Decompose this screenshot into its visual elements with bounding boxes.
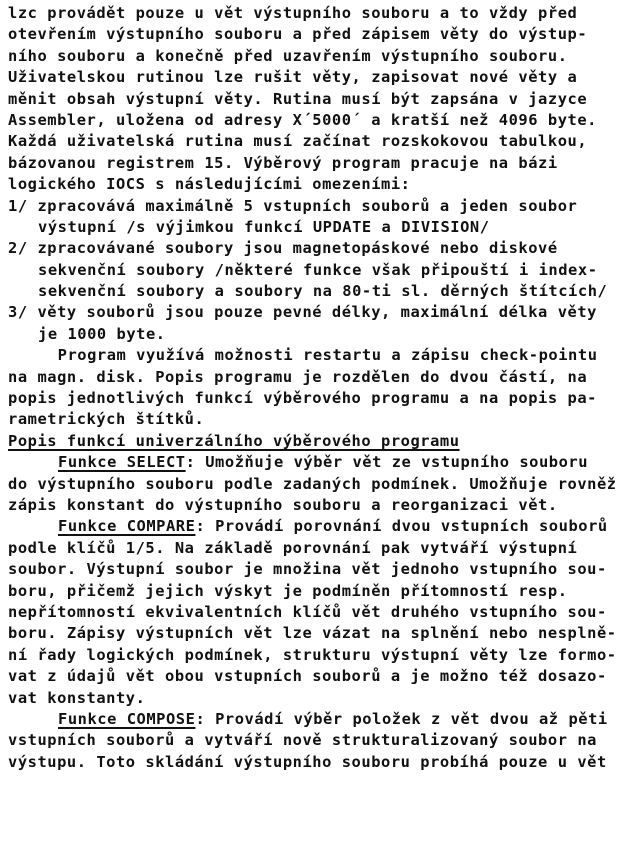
line-text: výstupu. Toto skládání výstupního soubor…	[8, 753, 607, 771]
text-line: Funkce SELECT: Umožňuje výběr vět ze vst…	[0, 452, 625, 473]
line-text: 2/ zpracovávané soubory jsou magnetopásk…	[8, 239, 558, 257]
line-text: : Umožňuje výběr vět ze vstupního soubor…	[186, 453, 588, 471]
line-text: ního souboru a konečně před uzavřením vý…	[8, 47, 568, 65]
text-line: podle klíčů 1/5. Na základě porovnání pa…	[0, 538, 625, 559]
line-text: lzc provádět pouze u vět výstupního soub…	[8, 4, 577, 22]
text-line: Každá uživatelská rutina musí začínat ro…	[0, 131, 625, 152]
line-text: podle klíčů 1/5. Na základě porovnání pa…	[8, 539, 577, 557]
line-text: : Provádí výběr položek z vět dvou až pě…	[195, 710, 607, 728]
text-line: lzc provádět pouze u vět výstupního soub…	[0, 3, 625, 24]
line-text: sekvenční soubory /některé funkce však p…	[38, 261, 598, 279]
text-line: ního souboru a konečně před uzavřením vý…	[0, 46, 625, 67]
line-text: logického IOCS s následujícími omezeními…	[8, 175, 410, 193]
line-text: měnit obsah výstupní věty. Rutina musí b…	[8, 90, 587, 108]
line-text: bázovanou registrem 15. Výběrový program…	[8, 154, 558, 172]
line-text: otevřením výstupního souboru a před zápi…	[8, 25, 587, 43]
text-line: vstupních souborů a vytváří nově struktu…	[0, 730, 625, 751]
text-line: Funkce COMPOSE: Provádí výběr položek z …	[0, 709, 625, 730]
line-text: vat konstanty.	[8, 689, 145, 707]
text-line: měnit obsah výstupní věty. Rutina musí b…	[0, 89, 625, 110]
line-text: 1/ zpracovává maximálně 5 vstupních soub…	[8, 197, 577, 215]
line-text: na magn. disk. Popis programu je rozděle…	[8, 368, 587, 386]
function-name-label: Funkce SELECT	[58, 453, 186, 471]
text-line: rametrických štítků.	[0, 409, 625, 430]
text-line: nepřítomností ekvivalentních klíčů vět d…	[0, 602, 625, 623]
function-name-label: Funkce COMPOSE	[58, 710, 195, 728]
text-line: Program využívá možnosti restartu a zápi…	[0, 345, 625, 366]
line-text: Každá uživatelská rutina musí začínat ro…	[8, 132, 587, 150]
text-line: 1/ zpracovává maximálně 5 vstupních soub…	[0, 196, 625, 217]
text-line: sekvenční soubory a soubory na 80-ti sl.…	[0, 281, 625, 302]
text-line: soubor. Výstupní soubor je množina vět j…	[0, 559, 625, 580]
line-text: : Provádí porovnání dvou vstupních soubo…	[195, 517, 607, 535]
line-text: boru, přičemž jejich výskyt je podmíněn …	[8, 582, 568, 600]
line-text: vat z údajů vět obou vstupních souborů a…	[8, 667, 607, 685]
line-text: sekvenční soubory a soubory na 80-ti sl.…	[38, 282, 607, 300]
text-line: Funkce COMPARE: Provádí porovnání dvou v…	[0, 516, 625, 537]
text-line: boru. Zápisy výstupních vět lze vázat na…	[0, 623, 625, 644]
line-text: 3/ věty souborů jsou pouze pevné délky, …	[8, 303, 597, 321]
line-text: ní řady logických podmínek, strukturu vý…	[8, 646, 617, 664]
function-name-label: Funkce COMPARE	[58, 517, 195, 535]
text-line: vat z údajů vět obou vstupních souborů a…	[0, 666, 625, 687]
line-text: je 1000 byte.	[38, 325, 166, 343]
text-line: vat konstanty.	[0, 688, 625, 709]
text-line: do výstupního souboru podle zadaných pod…	[0, 474, 625, 495]
line-text: zápis konstant do výstupního souboru a r…	[8, 496, 558, 514]
text-line: Uživatelskou rutinou lze rušit věty, zap…	[0, 67, 625, 88]
line-text: výstupní /s výjimkou funkcí UPDATE a DIV…	[38, 218, 490, 236]
line-text: do výstupního souboru podle zadaných pod…	[8, 475, 617, 493]
line-text: Uživatelskou rutinou lze rušit věty, zap…	[8, 68, 577, 86]
line-text: Assembler, uložena od adresy X´5000´ a k…	[8, 111, 597, 129]
text-line: je 1000 byte.	[0, 324, 625, 345]
line-text: vstupních souborů a vytváří nově struktu…	[8, 731, 597, 749]
text-line: sekvenční soubory /některé funkce však p…	[0, 260, 625, 281]
line-text: popis jednotlivých funkcí výběrového pro…	[8, 389, 597, 407]
text-line: bázovanou registrem 15. Výběrový program…	[0, 153, 625, 174]
text-line: 3/ věty souborů jsou pouze pevné délky, …	[0, 302, 625, 323]
text-line: logického IOCS s následujícími omezeními…	[0, 174, 625, 195]
text-line: ní řady logických podmínek, strukturu vý…	[0, 645, 625, 666]
text-line: na magn. disk. Popis programu je rozděle…	[0, 367, 625, 388]
section-heading: Popis funkcí univerzálního výběrového pr…	[0, 431, 625, 452]
text-line: boru, přičemž jejich výskyt je podmíněn …	[0, 581, 625, 602]
text-line: 2/ zpracovávané soubory jsou magnetopásk…	[0, 238, 625, 259]
text-line: otevřením výstupního souboru a před zápi…	[0, 24, 625, 45]
line-text: Popis funkcí univerzálního výběrového pr…	[8, 432, 460, 450]
text-line: výstupní /s výjimkou funkcí UPDATE a DIV…	[0, 217, 625, 238]
line-text: Program využívá možnosti restartu a zápi…	[38, 346, 598, 364]
text-line: zápis konstant do výstupního souboru a r…	[0, 495, 625, 516]
line-text: nepřítomností ekvivalentních klíčů vět d…	[8, 603, 607, 621]
text-line: výstupu. Toto skládání výstupního soubor…	[0, 752, 625, 773]
text-line: Assembler, uložena od adresy X´5000´ a k…	[0, 110, 625, 131]
line-text: boru. Zápisy výstupních vět lze vázat na…	[8, 624, 617, 642]
line-text: soubor. Výstupní soubor je množina vět j…	[8, 560, 607, 578]
text-line: popis jednotlivých funkcí výběrového pro…	[0, 388, 625, 409]
line-text: rametrických štítků.	[8, 410, 204, 428]
document-page: lzc provádět pouze u vět výstupního soub…	[0, 3, 625, 773]
